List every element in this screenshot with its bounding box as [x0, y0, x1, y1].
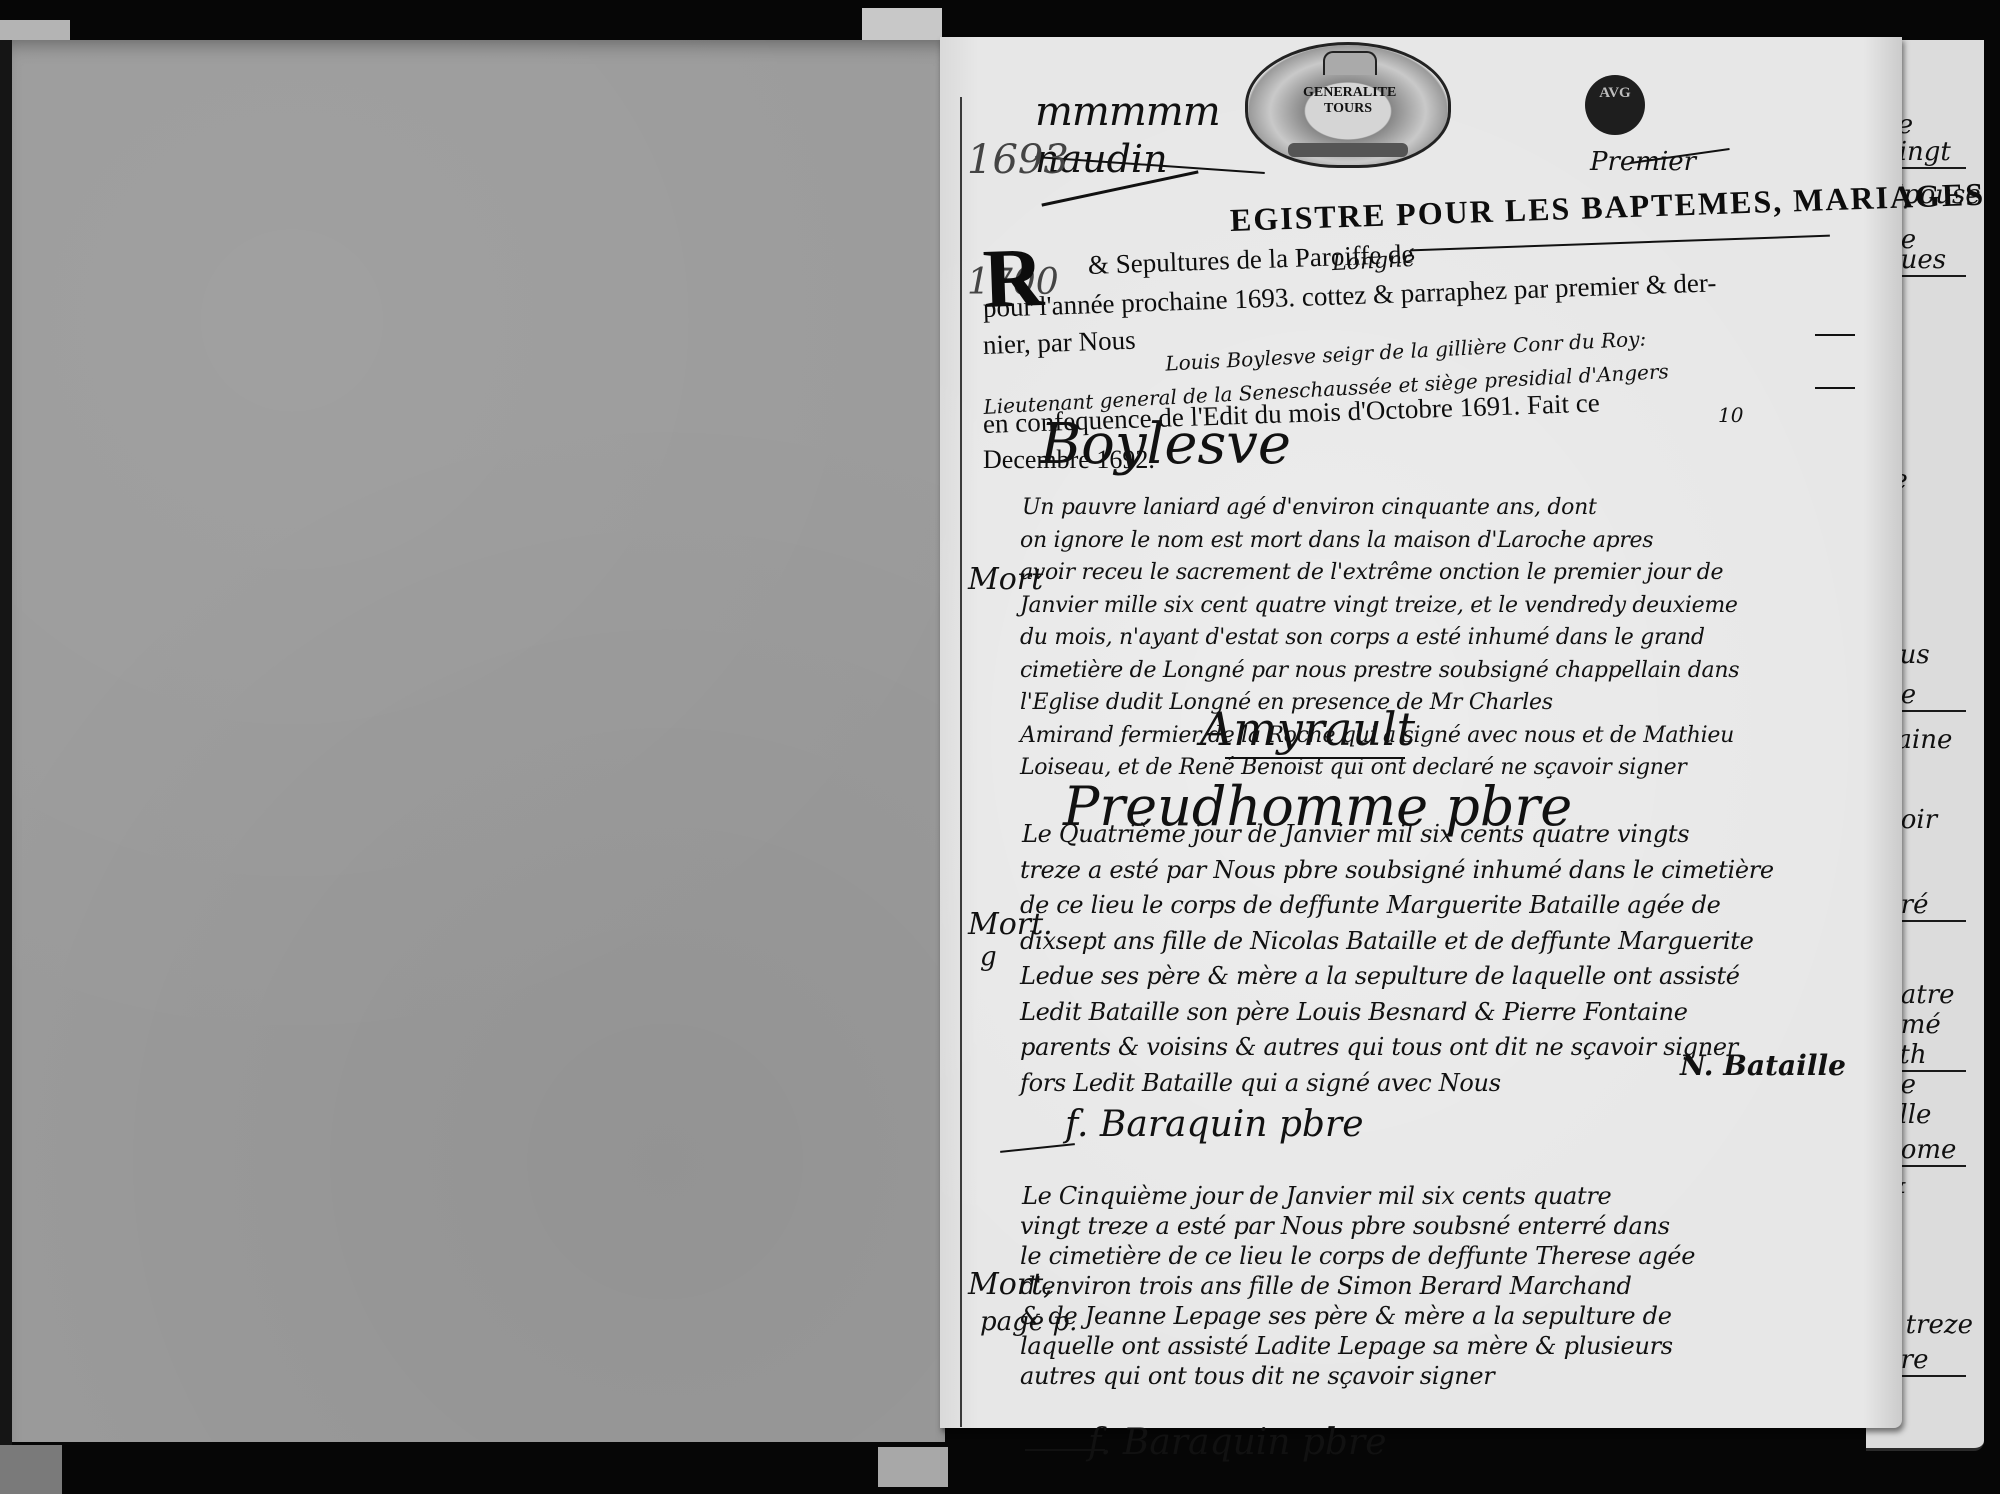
entry-line: du mois, n'ayant d'estat son corps a est…: [1020, 625, 1705, 650]
fill-rule: [1815, 387, 1855, 389]
signature-underline: [1025, 1449, 1105, 1451]
day-fill: 10: [1718, 403, 1743, 427]
entry-line: Loiseau, et de René Benoist qui ont decl…: [1020, 755, 1687, 780]
entry-line: Le Quatrième jour de Janvier mil six cen…: [1022, 820, 1689, 848]
stamp-label-line1: GENERALITE: [1303, 85, 1393, 101]
margin-sublabel: g: [980, 942, 997, 972]
entry-line: le cimetière de ce lieu le corps de deff…: [1020, 1242, 1695, 1270]
entry-line: vingt treze a esté par Nous pbre soubsné…: [1020, 1212, 1670, 1240]
entry-line: Ledue ses père & mère a la sepulture de …: [1020, 962, 1740, 990]
fill-rule: [1815, 334, 1855, 336]
paper-scrap-bottom: [878, 1447, 948, 1487]
entry-line: autres qui ont tous dit ne sçavoir signe…: [1020, 1362, 1494, 1390]
ink-seal-icon: AVG: [1585, 75, 1645, 135]
signature-underline: [1000, 1143, 1075, 1153]
entry2-signature: f. Baraquin pbre: [1065, 1104, 1364, 1145]
entry-line: Janvier mille six cent quatre vingt trei…: [1020, 593, 1738, 618]
parish-name-fill: Longné: [1331, 247, 1415, 276]
stamp-label-line2: TOURS: [1303, 101, 1393, 117]
paper-scrap-bottom-left: [0, 1445, 62, 1494]
margin-year: 1693: [967, 137, 1069, 183]
register-page: mmmmm naudin GENERALITE TOURS AVG Premie…: [940, 37, 1902, 1428]
entry-line: avoir receu le sacrement de l'extrême on…: [1020, 560, 1723, 585]
entry-line: fors Ledit Bataille qui a signé avec Nou…: [1020, 1069, 1501, 1097]
seal-text: AVG: [1593, 85, 1637, 102]
paper-scrap-top: [862, 8, 942, 42]
binding-edge: [0, 40, 12, 1445]
entry-line: Amirand fermier de la Roche qui a signé …: [1020, 723, 1734, 748]
top-scribble: mmmmm: [1035, 89, 1220, 135]
entry-line: cimetière de Longné par nous prestre sou…: [1020, 658, 1739, 683]
tax-stamp-icon: GENERALITE TOURS: [1245, 42, 1451, 168]
entry-line: l'Eglise dudit Longné en presence de Mr …: [1020, 690, 1553, 715]
entry-line: & de Jeanne Lepage ses père & mère a la …: [1020, 1302, 1672, 1330]
entry-line: laquelle ont assisté Ladite Lepage sa mè…: [1020, 1332, 1673, 1360]
entry-line: dixsept ans fille de Nicolas Bataille et…: [1020, 927, 1754, 955]
stamp-banner: [1288, 143, 1408, 157]
entry-line: Le Cinquième jour de Janvier mil six cen…: [1022, 1182, 1611, 1210]
entry-line: Un pauvre laniard agé d'environ cinquant…: [1022, 495, 1597, 520]
crown-icon: [1323, 51, 1377, 75]
official-signature: Boylesve: [1040, 412, 1291, 477]
entry3-signature: f. Baraquin pbre: [1088, 1422, 1387, 1463]
entry-line: d'environ trois ans fille de Simon Berar…: [1020, 1272, 1632, 1300]
left-blank-page: [12, 40, 945, 1442]
stamp-label: GENERALITE TOURS: [1303, 85, 1393, 117]
title-heading: EGISTRE POUR LES BAPTEMES, MARIAGES: [1229, 176, 1985, 239]
fill-rule: [1410, 235, 1830, 252]
entry-line: de ce lieu le corps de deffunte Margueri…: [1020, 891, 1721, 919]
title-line: nier, par Nous: [982, 325, 1136, 361]
entry-line: treze a esté par Nous pbre soubsigné inh…: [1020, 856, 1774, 884]
entry-line: Ledit Bataille son père Louis Besnard & …: [1020, 998, 1688, 1026]
entry-line: parents & voisins & autres qui tous ont …: [1020, 1033, 1738, 1061]
margin-rule: [960, 97, 962, 1427]
entry-line: on ignore le nom est mort dans la maison…: [1020, 528, 1653, 553]
